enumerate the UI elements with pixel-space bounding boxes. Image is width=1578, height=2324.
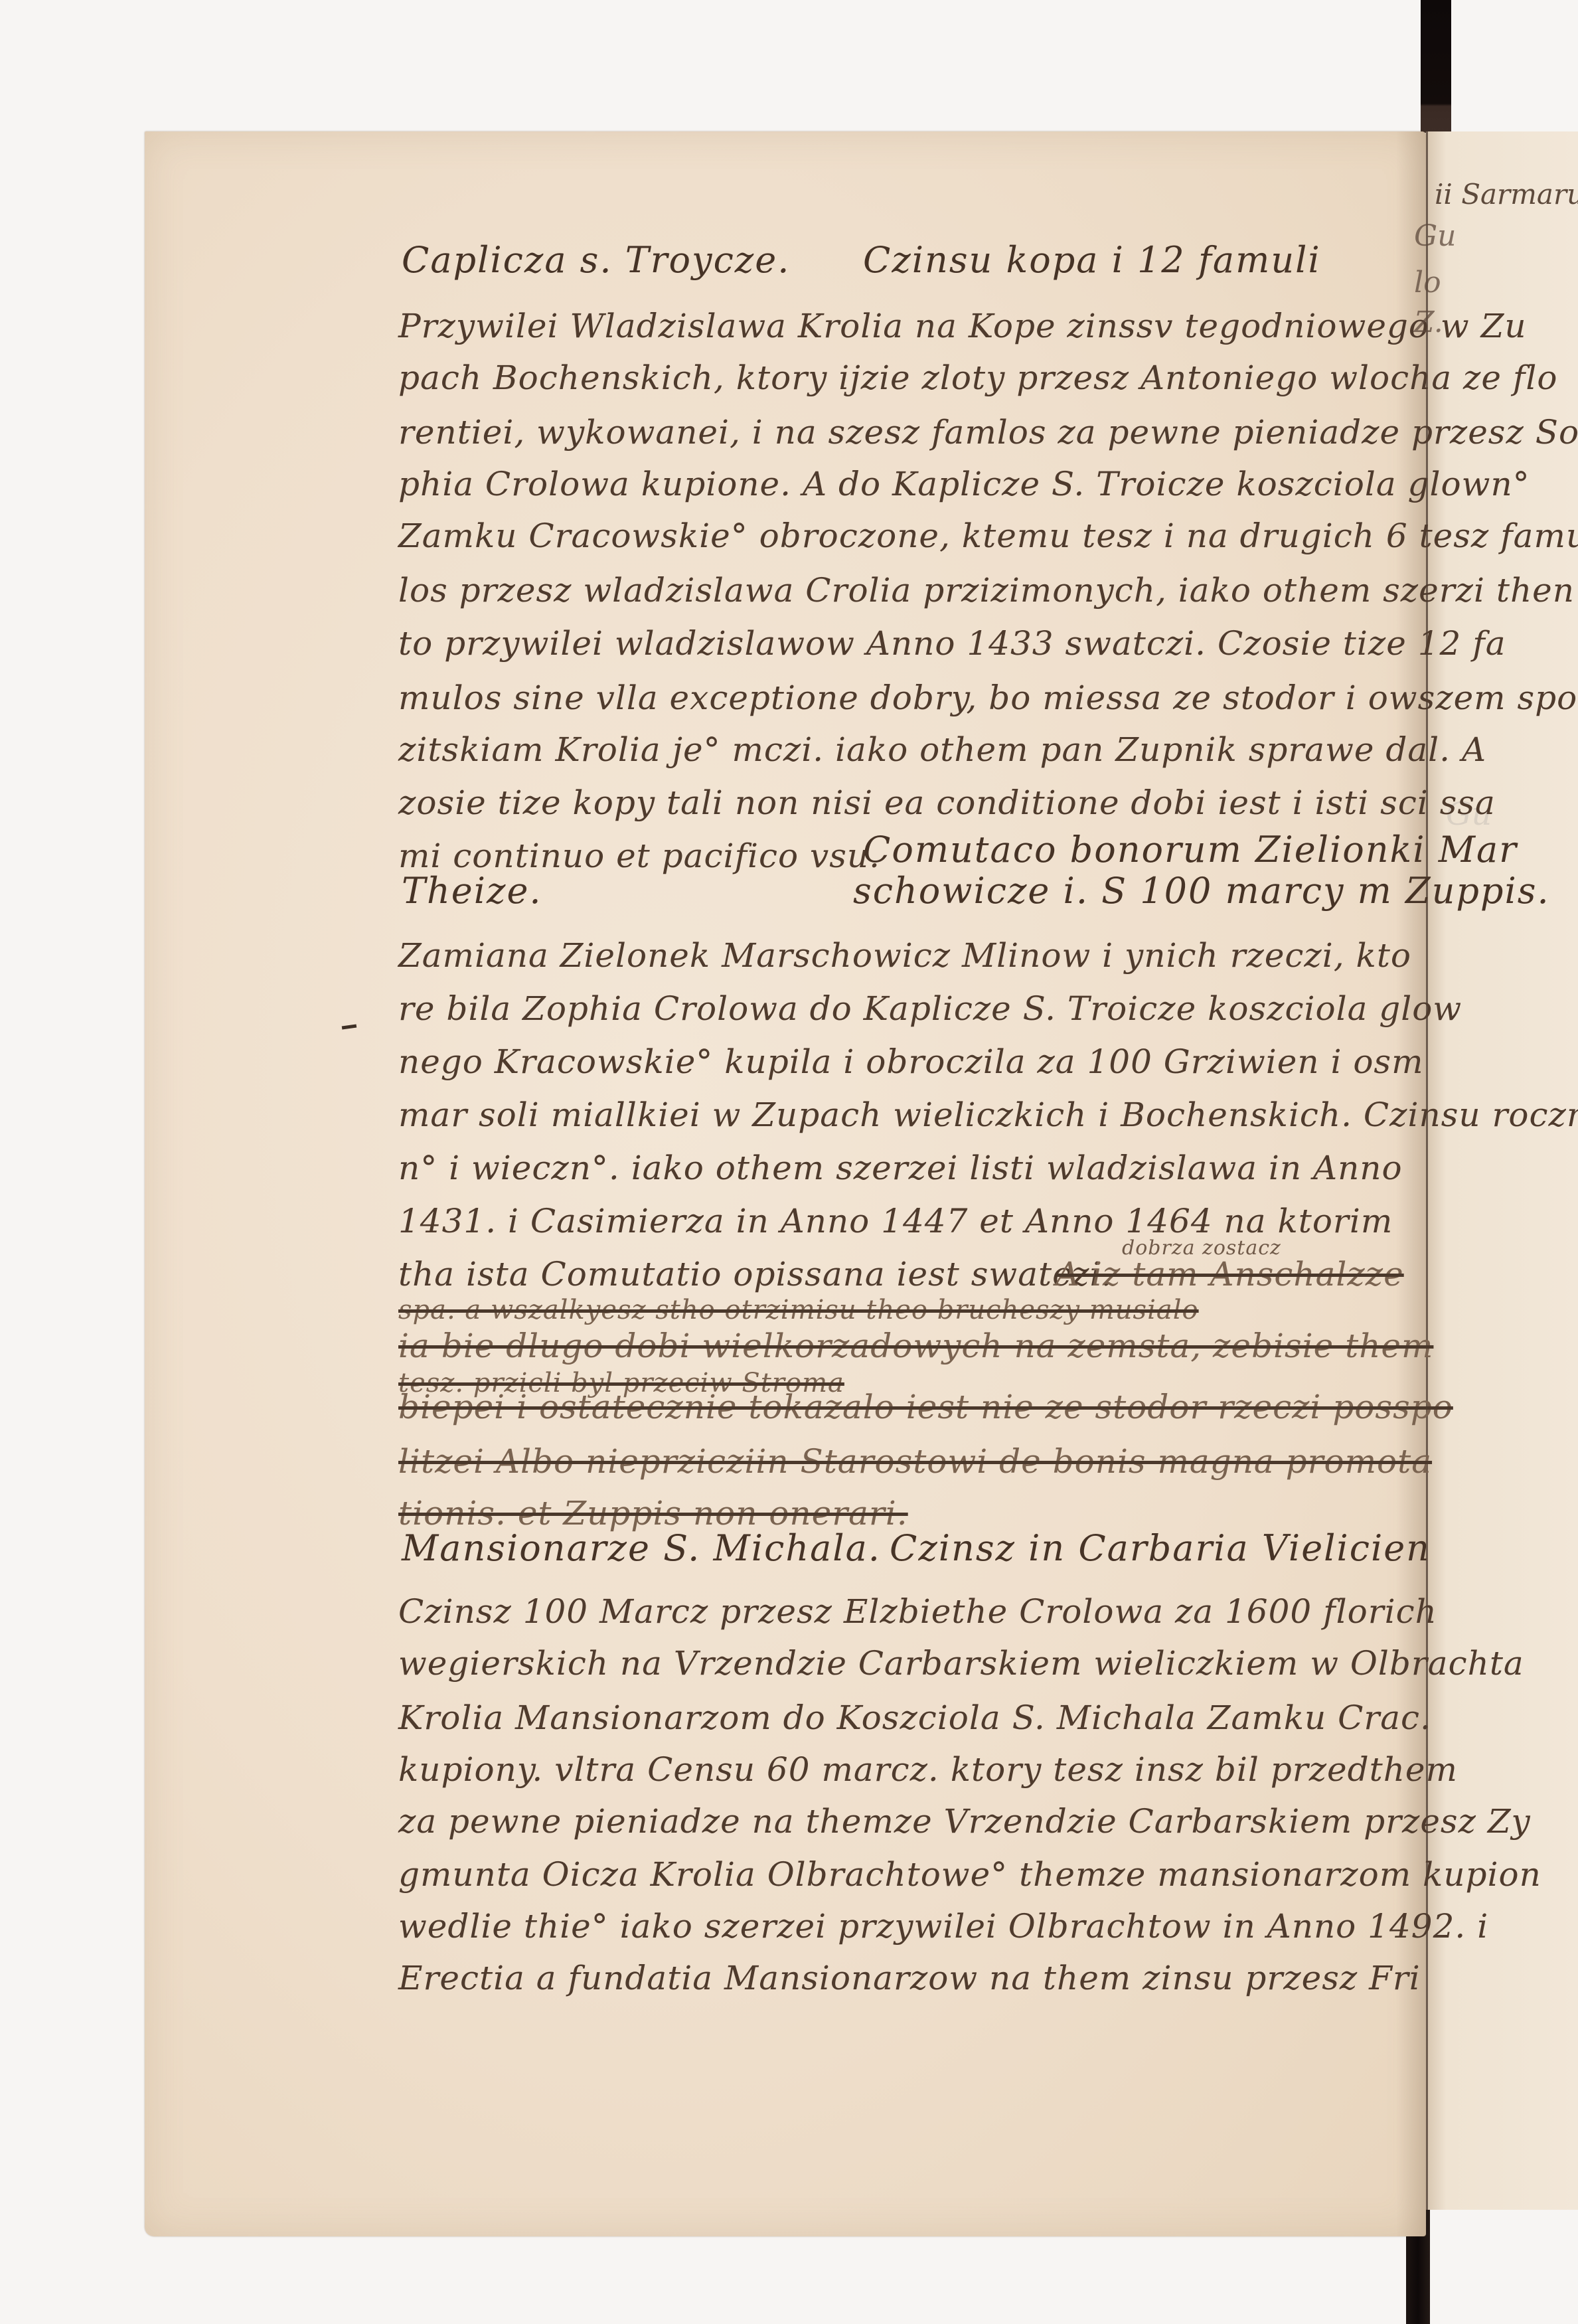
struck-text: A iz tam Anschalzze <box>1056 1255 1404 1293</box>
text-line: tha ista Comutatio opissana iest swatczi… <box>398 1255 1112 1293</box>
text-line: zosie tize kopy tali non nisi ea conditi… <box>398 784 1496 822</box>
text-line: 1431. i Casimierza in Anno 1447 et Anno … <box>398 1202 1393 1240</box>
section-heading-right: Czinsu kopa i 12 famuli <box>863 239 1321 281</box>
text-line: wegierskich na Vrzendzie Carbarskiem wie… <box>398 1644 1524 1683</box>
text-line: n° i wieczn°. iako othem szerzei listi w… <box>398 1149 1403 1187</box>
gutter-fragment: Gu <box>1414 219 1457 253</box>
text-line: to przywilei wladzislawow Anno 1433 swat… <box>398 624 1506 663</box>
text-line: Zamku Cracowskie° obroczone, ktemu tesz … <box>398 517 1578 555</box>
text-line: phia Crolowa kupione. A do Kaplicze S. T… <box>398 465 1530 503</box>
section-heading-right: Czinsz in Carbaria Vielicien <box>890 1527 1431 1569</box>
text-line: Zamiana Zielonek Marschowicz Mlinow i yn… <box>398 936 1411 975</box>
facing-page-heading: ii Sarmaru <box>1435 178 1578 210</box>
text-line: Erectia a fundatia Mansionarzow na them … <box>398 1959 1421 1997</box>
struck-text: ia bie dlugo dobi wielkorzadowych na zem… <box>398 1327 1433 1365</box>
text-line: mulos sine vlla exceptione dobry, bo mie… <box>398 679 1577 717</box>
text-line: gmunta Oicza Krolia Olbrachtowe° themze … <box>398 1855 1541 1894</box>
text-line: za pewne pieniadze na themze Vrzendzie C… <box>398 1802 1531 1841</box>
text-line: wedlie thie° iako szerzei przywilei Olbr… <box>398 1907 1488 1946</box>
text-line: mar soli miallkiei w Zupach wieliczkich … <box>398 1096 1578 1134</box>
text-line: Krolia Mansionarzom do Koszciola S. Mich… <box>398 1699 1431 1737</box>
text-line: re bila Zophia Crolowa do Kaplicze S. Tr… <box>398 989 1462 1028</box>
text-line: zitskiam Krolia je° mczi. iako othem pan… <box>398 730 1486 769</box>
struck-text: litzei Albo nieprzicziin Starostowi de b… <box>398 1442 1432 1481</box>
text-line: rentiei, wykowanei, i na szesz famlos za… <box>398 413 1578 452</box>
struck-text: spa. a wszalkyesz stho otrzimisu theo br… <box>398 1295 1199 1325</box>
section-heading-left: Theize. <box>402 870 542 912</box>
text-line: pach Bochenskich, ktory ijzie zloty prze… <box>398 359 1557 397</box>
text-line: Przywilei Wladzislawa Krolia na Kope zin… <box>398 307 1527 345</box>
section-heading-left: Mansionarze S. Michala. <box>402 1527 881 1569</box>
section-heading-right: schowicze i. S 100 marcy m Zuppis. <box>853 870 1550 912</box>
section-heading-left: Caplicza s. Troycze. <box>402 239 790 281</box>
struck-text: biepei i ostatecznie tokazalo iest nie z… <box>398 1388 1453 1426</box>
gutter-fragment: Z. <box>1414 305 1443 339</box>
text-line: nego Kracowskie° kupila i obroczila za 1… <box>398 1042 1424 1081</box>
text-line: los przesz wladzislawa Crolia przizimony… <box>398 571 1575 610</box>
section-heading-right: Comutaco bonorum Zielionki Mar <box>863 829 1518 871</box>
binding-strap-top <box>1421 0 1451 133</box>
text-line: Czinsz 100 Marcz przesz Elzbiethe Crolow… <box>398 1592 1437 1631</box>
gutter-fragment: lo <box>1414 266 1441 299</box>
text-line: kupiony. vltra Censu 60 marcz. ktory tes… <box>398 1750 1458 1789</box>
